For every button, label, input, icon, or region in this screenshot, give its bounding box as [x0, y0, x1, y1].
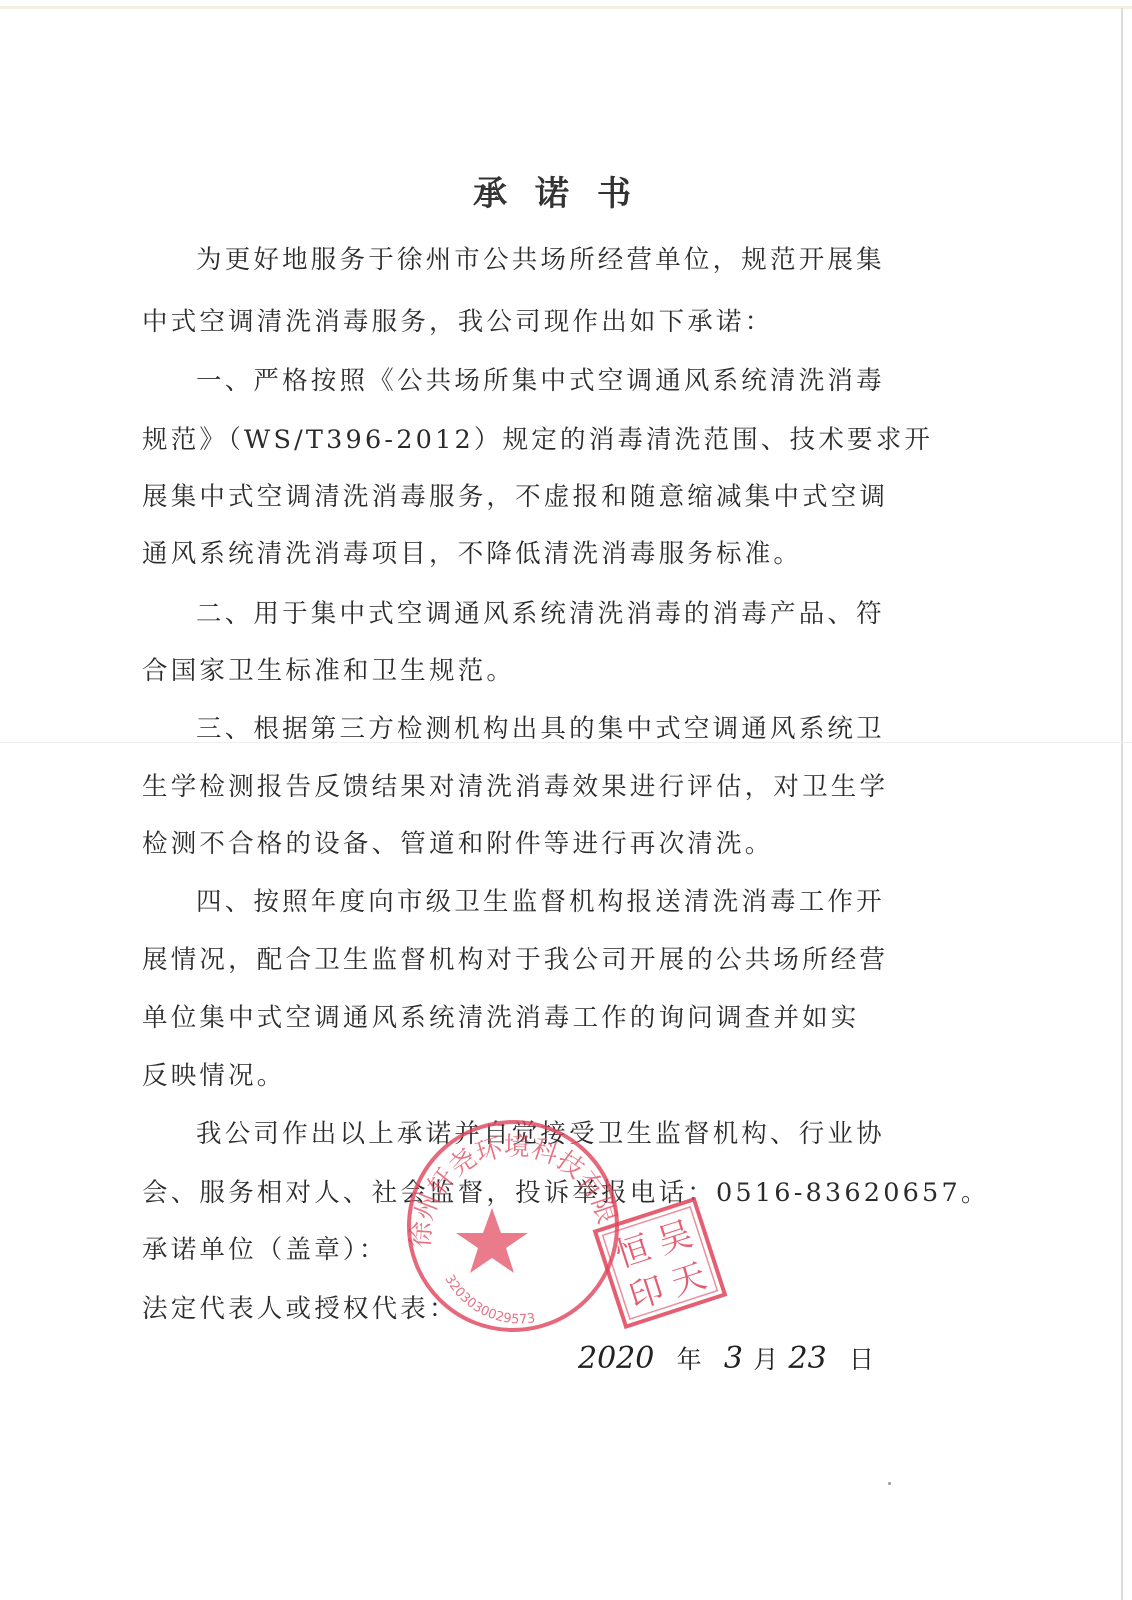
document-line: 规范》（WS/T396-2012）规定的消毒清洗范围、技术要求开 — [142, 420, 933, 456]
company-seal-code: 3203030029573 — [441, 1272, 536, 1327]
svg-text:3203030029573: 3203030029573 — [441, 1272, 536, 1327]
document-line: 展集中式空调清洗消毒服务，不虚报和随意缩减集中式空调 — [142, 477, 888, 513]
document-title: 承诺书 — [0, 166, 1132, 215]
document-line: 承诺单位（盖章）： — [142, 1230, 388, 1266]
scan-edge-right — [1121, 8, 1123, 1600]
document-line: 中式空调清洗消毒服务，我公司现作出如下承诺： — [142, 302, 773, 338]
svg-text:徐州轩尧环境科技有限公司: 徐州轩尧环境科技有限公司 — [400, 1113, 622, 1248]
company-seal-name: 徐州轩尧环境科技有限公司 — [400, 1113, 622, 1248]
personal-seal-stamp: 吴天恒印 — [590, 1195, 730, 1330]
document-line: 三、根据第三方检测机构出具的集中式空调通风系统卫 — [196, 709, 885, 745]
date-day-label: 日 — [849, 1345, 874, 1374]
document-line: 展情况，配合卫生监督机构对于我公司开展的公共场所经营 — [142, 940, 888, 976]
scan-speck — [888, 1482, 891, 1485]
document-line: 通风系统清洗消毒项目，不降低清洗消毒服务标准。 — [142, 534, 802, 570]
date-year: 2020 — [578, 1341, 654, 1376]
document-line: 为更好地服务于徐州市公共场所经营单位，规范开展集 — [196, 240, 885, 276]
signature-date: 2020 年 3 月 23 日 — [578, 1340, 888, 1376]
document-line: 反映情况。 — [142, 1056, 286, 1092]
star-icon — [456, 1208, 528, 1273]
document-line: 检测不合格的设备、管道和附件等进行再次清洗。 — [142, 824, 773, 860]
document-line: 二、用于集中式空调通风系统清洗消毒的消毒产品、符 — [196, 594, 885, 630]
date-day: 23 — [789, 1341, 827, 1376]
scan-edge-top — [0, 6, 1132, 9]
document-line: 四、按照年度向市级卫生监督机构报送清洗消毒工作开 — [196, 882, 885, 918]
document-line: 单位集中式空调通风系统清洗消毒工作的询问调查并如实 — [142, 998, 860, 1034]
date-month-label: 月 — [753, 1345, 778, 1374]
date-month: 3 — [724, 1341, 743, 1376]
document-line: 生学检测报告反馈结果对清洗消毒效果进行评估，对卫生学 — [142, 767, 888, 803]
document-line: 合国家卫生标准和卫生规范。 — [142, 651, 515, 687]
document-line: 一、严格按照《公共场所集中式空调通风系统清洗消毒 — [196, 361, 885, 397]
date-year-label: 年 — [677, 1345, 702, 1374]
